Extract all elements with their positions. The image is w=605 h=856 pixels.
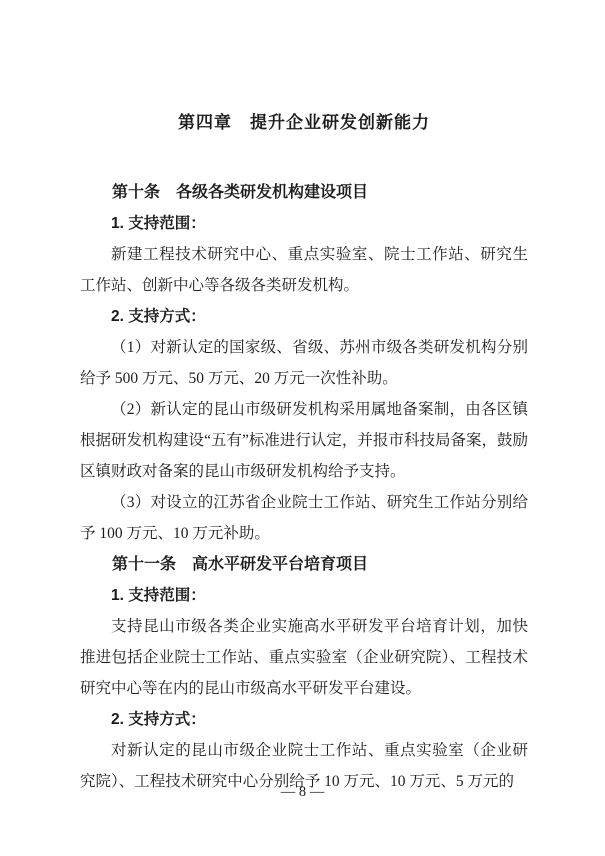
paragraph-scope-article-11: 支持昆山市级各类企业实施高水平研发平台培育计划，加快推进包括企业院士工作站、重点…: [80, 611, 528, 704]
section-heading-article-10: 第十条 各级各类研发机构建设项目: [80, 177, 528, 208]
document-page: 第四章 提升企业研发创新能力 第十条 各级各类研发机构建设项目 1. 支持范围：…: [0, 0, 605, 856]
page-footer: — 8 —: [0, 782, 605, 802]
subheading-support-method: 2. 支持方式：: [80, 301, 528, 332]
paragraph-scope-article-10: 新建工程技术研究中心、重点实验室、院士工作站、研究生工作站、创新中心等各级各类研…: [80, 239, 528, 301]
page-number: — 8 —: [281, 784, 325, 800]
section-heading-article-11: 第十一条 高水平研发平台培育项目: [80, 549, 528, 580]
paragraph-method-item-3: （3）对设立的江苏省企业院士工作站、研究生工作站分别给予 100 万元、10 万…: [80, 487, 528, 549]
subheading-support-scope-2: 1. 支持范围：: [80, 580, 528, 611]
paragraph-method-item-1: （1）对新认定的国家级、省级、苏州市级各类研发机构分别给予 500 万元、50 …: [80, 332, 528, 394]
subheading-support-method-2: 2. 支持方式：: [80, 704, 528, 735]
subheading-support-scope: 1. 支持范围：: [80, 208, 528, 239]
page-content: 第四章 提升企业研发创新能力 第十条 各级各类研发机构建设项目 1. 支持范围：…: [80, 112, 528, 797]
chapter-title: 第四章 提升企业研发创新能力: [80, 112, 528, 134]
paragraph-method-item-2: （2）新认定的昆山市级研发机构采用属地备案制，由各区镇根据研发机构建设“五有”标…: [80, 394, 528, 487]
